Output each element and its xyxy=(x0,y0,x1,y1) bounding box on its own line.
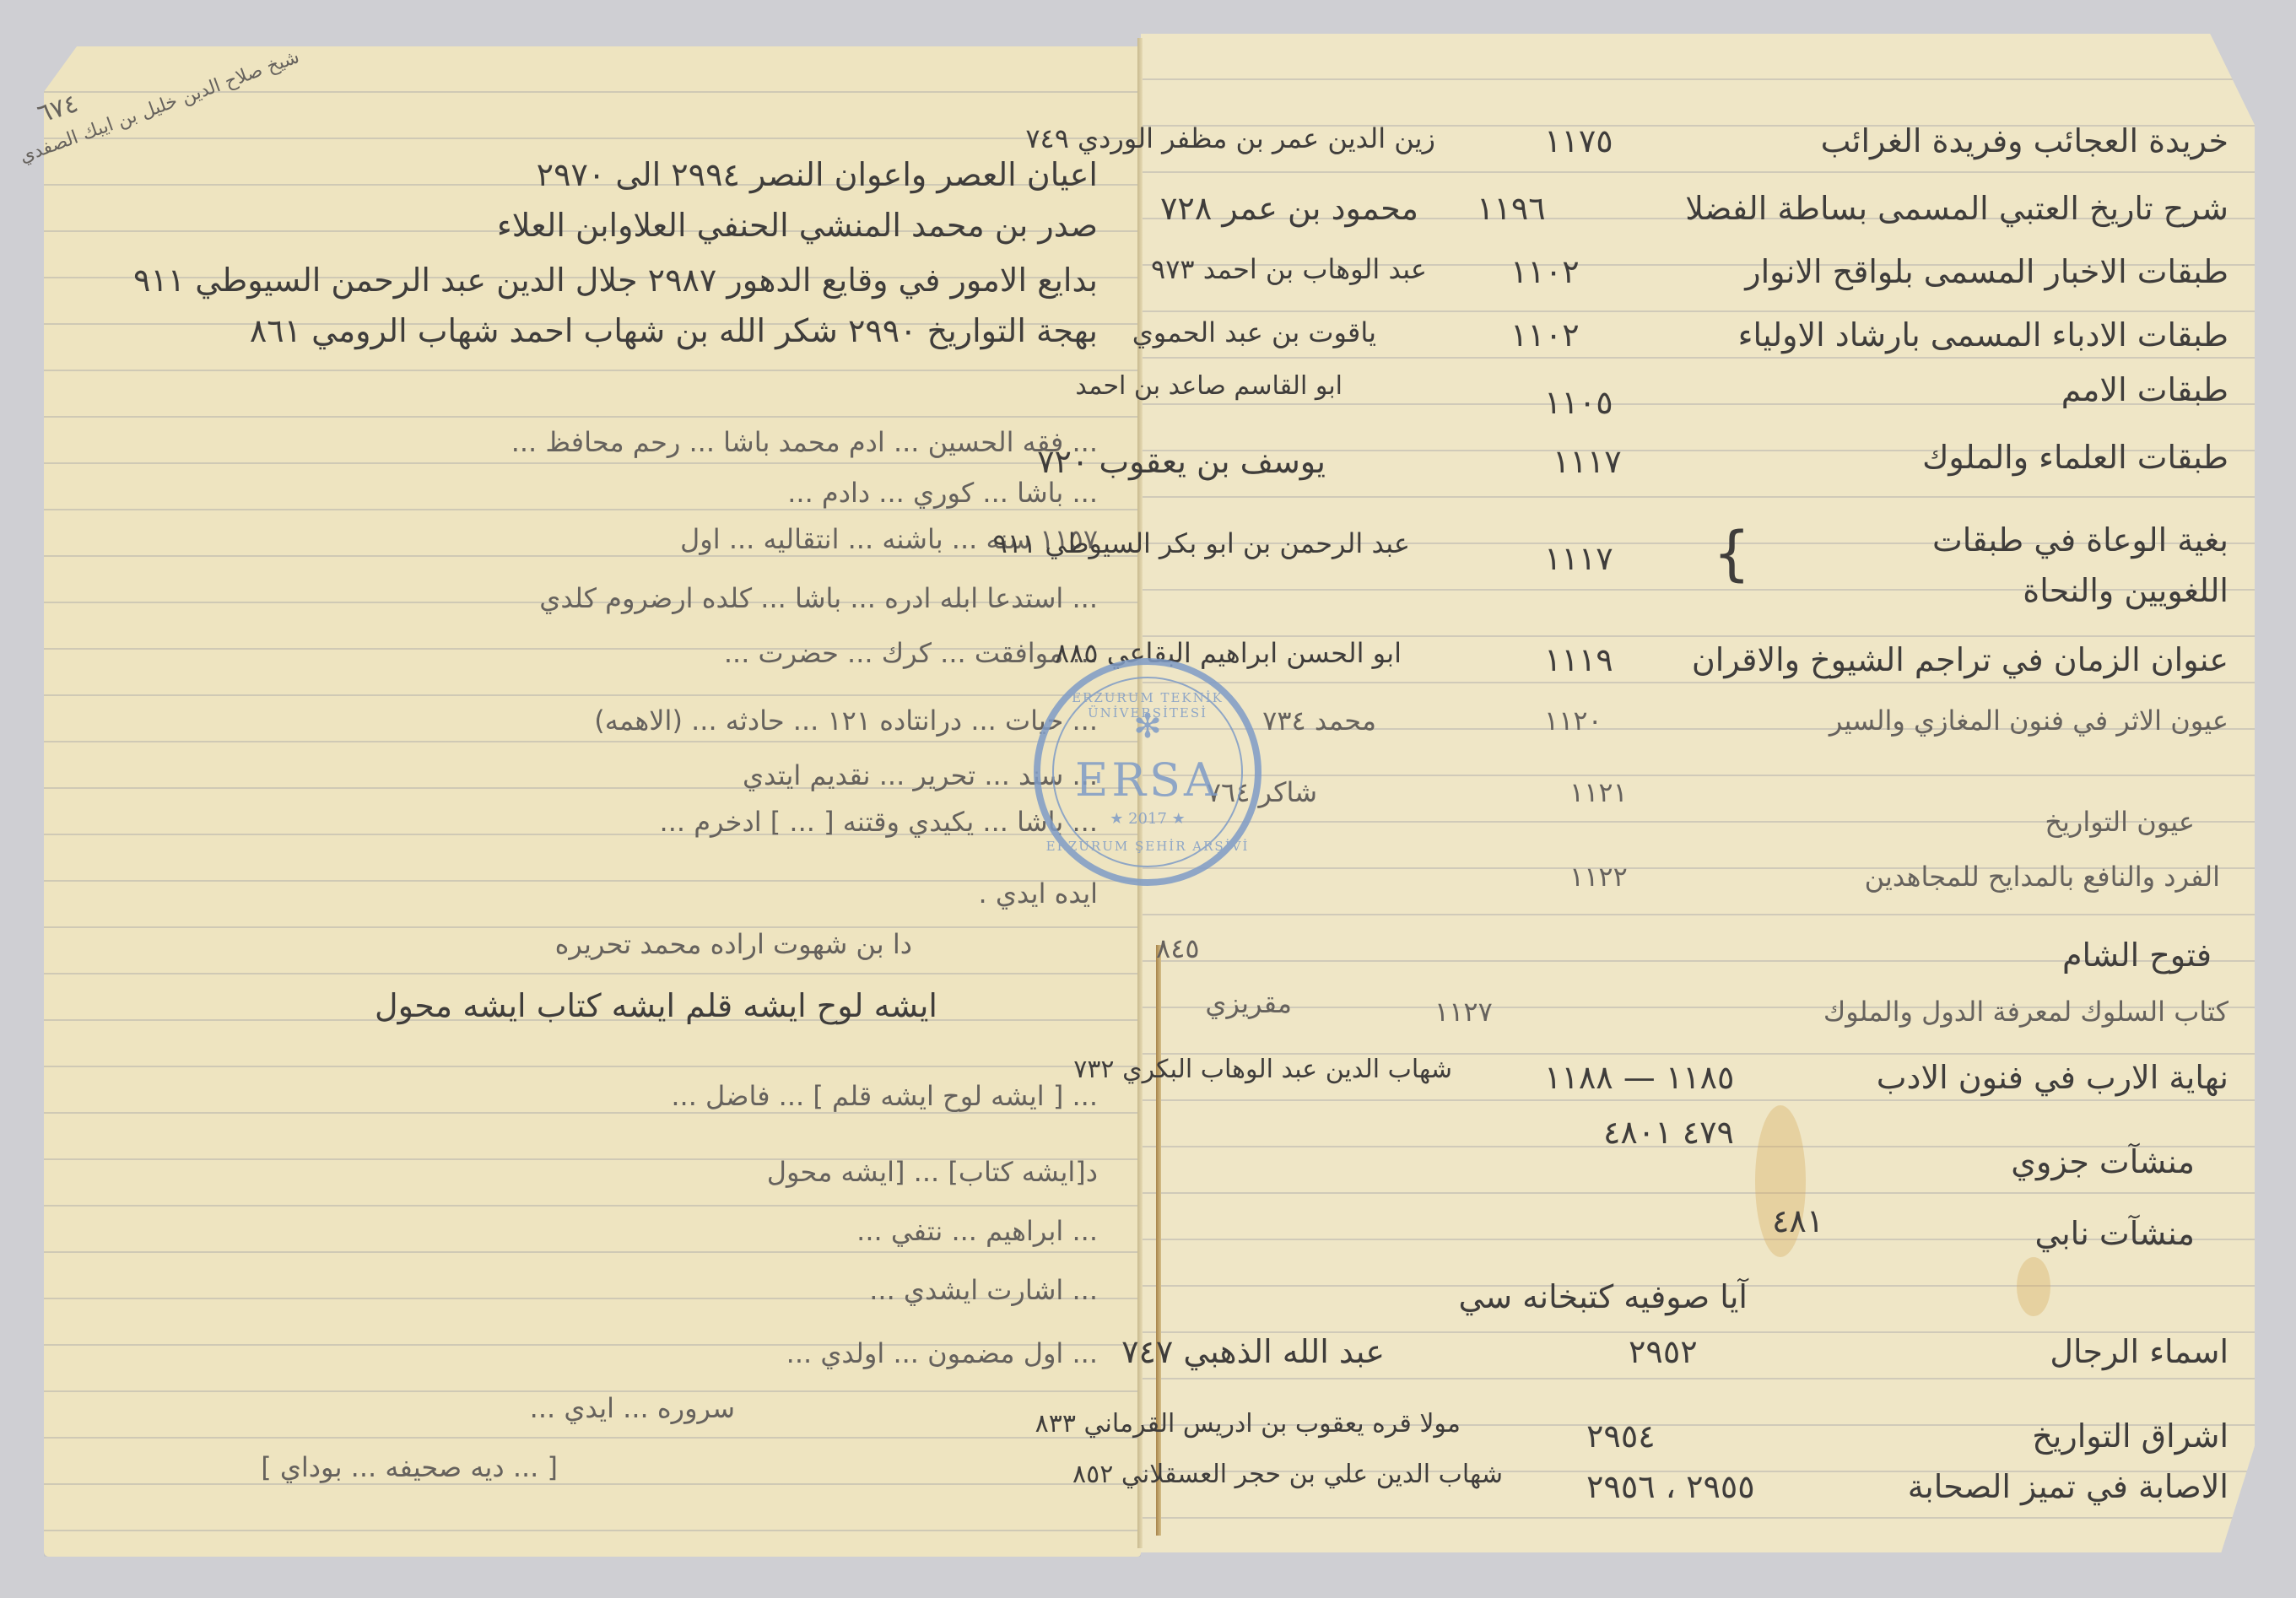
left-line-17: د[ايشه كتاب] ... [ايشه محول xyxy=(767,1156,1098,1188)
entry-number: ١١٢٠ xyxy=(1544,705,1602,737)
entry-author: عبد الله الذهبي ٧٤٧ xyxy=(1121,1333,1385,1370)
left-line-2: صدر بن محمد المنشي الحنفي العلاوابن العل… xyxy=(497,207,1098,244)
entry-title: بغية الوعاة في طبقات اللغويين والنحاة xyxy=(1874,515,2228,616)
left-line-5: ... فقه الحسين ... ادم محمد باشا ... رحم… xyxy=(511,426,1098,458)
left-line-8: ... استدعا ابله ادره ... باشا ... كلده ا… xyxy=(539,582,1098,614)
entry-number: ٤٧٩ ٤٨٠١ xyxy=(1603,1114,1734,1151)
left-line-15: ايشه لوح ايشه قلم ايشه كتاب ايشه محول xyxy=(375,987,937,1024)
left-line-1: اعيان العصر واعوان النصر ٢٩٩٤ الى ٢٩٧٠ xyxy=(537,156,1098,193)
left-line-22: [ ... ديه صحيفه ... بوداي ] xyxy=(261,1451,558,1483)
entry-title: منشآت نابي xyxy=(2034,1215,2195,1252)
entry-author: زين الدين عمر بن مظفر الوردي ٧٤٩ xyxy=(1025,122,1435,154)
entry-title: منشآت جزوي xyxy=(2011,1143,2195,1180)
stamp-title: ERSA xyxy=(1040,753,1255,807)
entry-title: عيون التواريخ xyxy=(2045,806,2195,838)
entry-number: ١١٢٢ xyxy=(1569,861,1628,893)
entry-author: مقريزي xyxy=(1205,987,1292,1019)
left-line-3: بدايع الامور في وقايع الدهور ٢٩٨٧ جلال ا… xyxy=(133,262,1098,299)
section-heading: آيا صوفيه كتبخانه سي xyxy=(1459,1278,1748,1315)
entry-author: ابو القاسم صاعد بن احمد xyxy=(1075,371,1342,401)
left-line-16: ... [ ايشه لوح ايشه قلم ] ... فاضل ... xyxy=(671,1080,1098,1112)
entry-title: طبقات الامم xyxy=(2061,371,2228,408)
entry-number: ٢٩٥٢ xyxy=(1629,1333,1698,1370)
left-line-14: دا بن شهوت اراده محمد تحريره xyxy=(555,928,912,960)
entry-author: شهاب الدين علي بن حجر العسقلاني ٨٥٢ xyxy=(1072,1460,1503,1489)
entry-author: يوسف بن يعقوب ٧٢٠ xyxy=(1037,443,1326,480)
entry-title: كتاب السلوك لمعرفة الدول والملوك xyxy=(1823,996,2228,1028)
left-line-9: ... موافقت ... كرك ... حضرت ... xyxy=(724,637,1098,669)
entry-title: شرح تاريخ العتبي المسمى بساطة الفضلا xyxy=(1685,190,2228,227)
entry-title: طبقات الاخبار المسمى بلواقح الانوار xyxy=(1745,253,2228,290)
left-line-13: ايده ايدي . xyxy=(978,877,1098,910)
entry-title: اسماء الرجال xyxy=(2050,1333,2228,1370)
spine-crease xyxy=(1156,945,1161,1536)
entry-number: ١١٩٦ xyxy=(1477,190,1546,227)
entry-title: عنوان الزمان في تراجم الشيوخ والاقران xyxy=(1692,641,2228,678)
entry-title: اشراق التواريخ xyxy=(2032,1417,2228,1455)
entry-author: مولا قره يعقوب بن ادريس القرماني ٨٣٣ xyxy=(1035,1409,1461,1439)
stamp-year: ★ 2017 ★ xyxy=(1040,810,1255,828)
entry-author: ابو الحسن ابراهيم البقاعي ٨٨٥ xyxy=(1055,637,1402,669)
entry-author: عبد الرحمن بن ابو بكر السيوطي ٩١١ xyxy=(993,527,1410,559)
left-line-10: ... حيات ... درانتاده ١٢١ ... حادثه ... … xyxy=(594,705,1098,737)
left-line-20: ... اول مضمون ... اولدي ... xyxy=(786,1337,1098,1369)
entry-number: ١١١٧ xyxy=(1553,443,1622,480)
entry-title: طبقات الادباء المسمى بارشاد الاولياء xyxy=(1738,316,2228,354)
left-line-12: ... باشا ... يكيدي وقتنه [ ... ] ادخرم .… xyxy=(660,806,1098,838)
water-stain xyxy=(2017,1257,2050,1316)
entry-number: ١١٠٥ xyxy=(1544,384,1613,421)
left-line-18: ... ابراهيم ... نتفي ... xyxy=(856,1215,1098,1247)
entry-number: ٤٨١ xyxy=(1772,1202,1823,1239)
brace: } xyxy=(1713,519,1751,588)
entry-number: ١١١٩ xyxy=(1544,641,1613,678)
left-line-21: سروره ... ايدي ... xyxy=(530,1392,735,1424)
entry-number: ٢٩٥٤ xyxy=(1586,1417,1656,1455)
entry-title: الاصابة في تميز الصحابة xyxy=(1908,1468,2228,1505)
entry-number: ١١١٧ xyxy=(1544,540,1613,577)
entry-number: ١١٧٥ xyxy=(1544,122,1613,159)
entry-title: عيون الاثر في فنون المغازي والسير xyxy=(1829,705,2228,737)
entry-author: شهاب الدين عبد الوهاب البكري ٧٣٢ xyxy=(1073,1055,1452,1084)
entry-number: ٢٩٥٥ ، ٢٩٥٦ xyxy=(1586,1468,1755,1505)
entry-title: فتوح الشام xyxy=(2062,937,2212,974)
entry-author: ياقوت بن عبد الحموي xyxy=(1132,316,1376,348)
left-line-19: ... اشارت ايشدي ... xyxy=(869,1274,1098,1306)
entry-title: نهاية الارب في فنون الادب xyxy=(1877,1059,2228,1096)
entry-author: محمد ٧٣٤ xyxy=(1262,705,1376,737)
entry-number: ١١٢٧ xyxy=(1434,996,1493,1028)
entry-number: ١١٠٢ xyxy=(1510,316,1580,354)
entry-title: الفرد والنافع بالمدايح للمجاهدين xyxy=(1865,861,2220,893)
entry-number: ١١٠٢ xyxy=(1510,253,1580,290)
entry-title: طبقات العلماء والملوك xyxy=(1922,439,2228,476)
left-line-6: ... باشا ... كوري ... دادم ... xyxy=(787,477,1098,509)
snowflake-emblem-icon: ✻ xyxy=(1040,707,1255,746)
entry-author: محمود بن عمر ٧٢٨ xyxy=(1160,190,1418,227)
entry-number: ٨٤٥ xyxy=(1156,932,1200,964)
left-line-4: بهجة التواريخ ٢٩٩٠ شكر الله بن شهاب احمد… xyxy=(250,312,1098,349)
entry-author: عبد الوهاب بن احمد ٩٧٣ xyxy=(1151,253,1427,285)
stamp-bottom-text: ERZURUM ŞEHİR ARŞİVİ xyxy=(1040,839,1255,854)
entry-number: ١١٨٥ — ١١٨٨ xyxy=(1544,1059,1734,1096)
entry-number: ١١٢١ xyxy=(1569,776,1628,808)
archive-stamp: ERZURUM TEKNİK ÜNİVERSİTESİ ✻ ERSA ★ 201… xyxy=(1034,658,1261,886)
entry-title: خريدة العجائب وفريدة الغرائب xyxy=(1821,122,2228,159)
